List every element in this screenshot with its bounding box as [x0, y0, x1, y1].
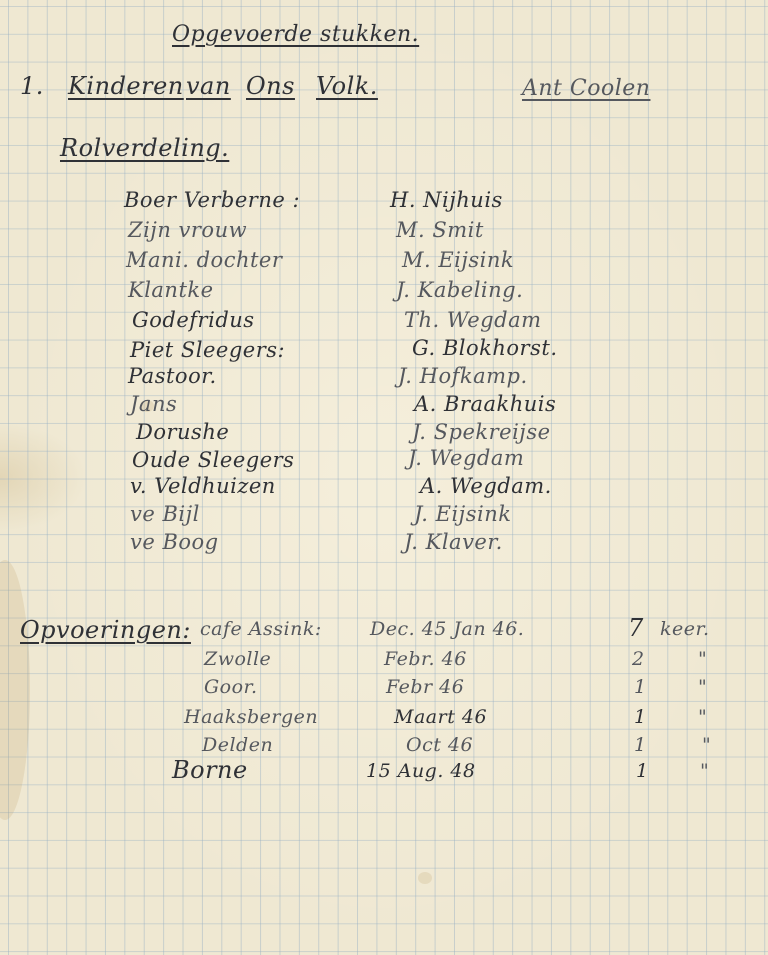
performance-date: Dec. 45 Jan 46.: [370, 618, 524, 640]
performance-place: Goor.: [204, 676, 258, 698]
actor-name: J. Klaver.: [404, 530, 503, 554]
play-author: Ant Coolen: [522, 76, 650, 101]
play-title-word-2: van: [186, 72, 231, 100]
performance-place: Haaksbergen: [184, 706, 318, 728]
performance-date: Maart 46: [394, 706, 487, 728]
actor-name: A. Wegdam.: [420, 474, 552, 498]
performances-heading: Opvoeringen:: [20, 616, 191, 644]
actor-name: J. Hofkamp.: [398, 364, 528, 388]
performance-count: 1: [634, 734, 647, 756]
performance-date: Febr 46: [386, 676, 464, 698]
actor-name: J. Kabeling.: [396, 278, 523, 302]
role-name: Pastoor.: [128, 364, 217, 388]
role-name: Jans: [130, 392, 177, 416]
actor-name: H. Nijhuis: [390, 188, 503, 212]
performance-unit: ": [700, 760, 709, 782]
actor-name: G. Blokhorst.: [412, 336, 558, 360]
actor-name: J. Spekreijse: [412, 420, 551, 444]
actor-name: Th. Wegdam: [404, 308, 542, 332]
play-number: 1.: [20, 72, 44, 100]
role-name: Zijn vrouw: [128, 218, 247, 242]
performance-count: 1: [634, 706, 647, 728]
performance-place: cafe Assink:: [200, 618, 322, 640]
role-name: Dorushe: [136, 420, 229, 444]
performance-unit: keer.: [660, 618, 710, 640]
role-name: Klantke: [128, 278, 214, 302]
performance-count: 1: [634, 676, 647, 698]
performance-unit: ": [698, 676, 707, 698]
performance-count: 2: [632, 648, 645, 670]
performance-place: Zwolle: [204, 648, 271, 670]
performance-unit: ": [702, 734, 711, 756]
actor-name: M. Eijsink: [402, 248, 514, 272]
performance-place: Borne: [172, 756, 248, 784]
play-title-word-3: Ons: [246, 72, 295, 100]
play-title-word-1: Kinderen: [68, 72, 184, 100]
role-name: Oude Sleegers: [132, 448, 294, 472]
role-name: Piet Sleegers:: [130, 338, 285, 362]
performance-unit: ": [698, 648, 707, 670]
performance-unit: ": [698, 706, 707, 728]
performance-place: Delden: [202, 734, 273, 756]
performance-count: 7: [628, 614, 644, 642]
cast-heading: Rolverdeling.: [60, 134, 229, 162]
actor-name: M. Smit: [396, 218, 484, 242]
performance-count: 1: [636, 760, 649, 782]
paper-stain: [418, 872, 432, 884]
play-title-word-4: Volk.: [316, 72, 378, 100]
role-name: v. Veldhuizen: [130, 474, 276, 498]
actor-name: A. Braakhuis: [414, 392, 556, 416]
role-name: Godefridus: [132, 308, 255, 332]
performance-date: Oct 46: [406, 734, 473, 756]
role-name: Boer Verberne :: [124, 188, 300, 212]
page-title: Opgevoerde stukken.: [172, 22, 419, 47]
actor-name: J. Eijsink: [414, 502, 511, 526]
performance-date: Febr. 46: [384, 648, 467, 670]
notebook-page: Opgevoerde stukken. 1. Kinderen van Ons …: [0, 0, 768, 955]
role-name: Mani. dochter: [126, 248, 282, 272]
paper-stain: [0, 560, 30, 820]
performance-date: 15 Aug. 48: [366, 760, 476, 782]
role-name: ve Bijl: [130, 502, 200, 526]
role-name: ve Boog: [130, 530, 219, 554]
actor-name: J. Wegdam: [408, 446, 524, 470]
